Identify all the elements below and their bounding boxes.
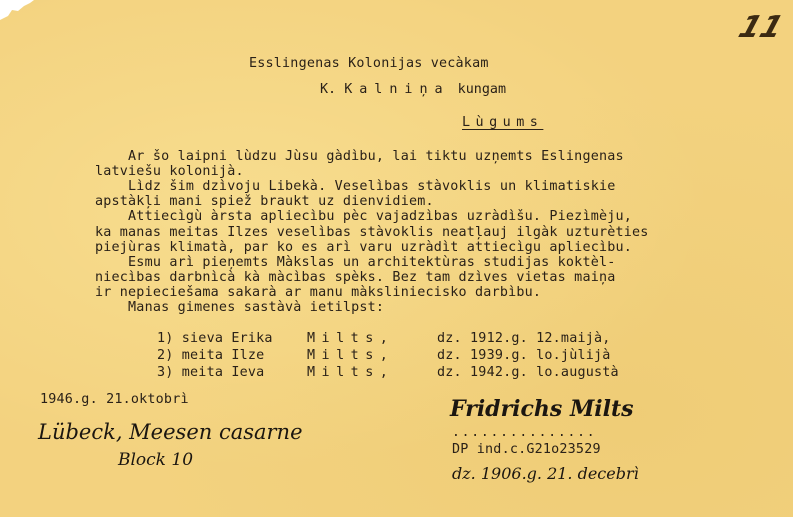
family-member-name: 3) meita Ieva: [157, 366, 264, 379]
body-line: ir nepieciešama sakarà ar manu màkslinie…: [95, 286, 541, 299]
body-line: latviešu kolonijà.: [95, 165, 244, 178]
family-member-surname: Milts,: [307, 366, 394, 379]
dp-id: DP ind.c.G21o23529: [452, 443, 601, 456]
body-line: Lìdz šim dzìvoju Libekà. Veselìbas stàvo…: [95, 180, 616, 193]
handwritten-birth-date: dz. 1906.g. 21. decebrì: [452, 466, 639, 482]
letter-date: 1946.g. 21.oktobrì: [40, 393, 189, 406]
letter-title: Lùgums: [462, 116, 543, 129]
body-line: niecìbas darbnìcà kà màcìbas spèks. Bez …: [95, 271, 616, 284]
family-member-birth: dz. 1942.g. lo.augustà: [437, 366, 619, 379]
recipient-line-1: Esslingenas Kolonijas vecàkam: [249, 57, 489, 70]
recipient-line-2: K. Kalniņa kungam: [320, 83, 506, 96]
body-line: Attiecìgù àrsta apliecìbu pèc vajadzìbas…: [95, 210, 632, 223]
signature: Fridrichs Milts: [450, 398, 634, 420]
handwritten-address-line-2: Block 10: [118, 452, 193, 469]
body-line: Esmu arì pieņemts Màkslas un architektùr…: [95, 256, 616, 269]
family-member-birth: dz. 1939.g. lo.jùlijà: [437, 349, 611, 362]
body-line: ka manas meitas Ilzes veselìbas stàvokli…: [95, 226, 649, 239]
body-line: apstàkļi mani spiež braukt uz dienvidiem…: [95, 195, 434, 208]
handwritten-address-line-1: Lübeck, Meesen casarne: [38, 422, 303, 443]
body-line: piejùras klimatà, par ko es arì varu uzr…: [95, 241, 632, 254]
family-member-surname: Milts,: [307, 332, 394, 345]
family-member-surname: Milts,: [307, 349, 394, 362]
family-member-name: 1) sieva Erika: [157, 332, 273, 345]
body-line: Manas gimenes sastàvà ietilpst:: [95, 301, 384, 314]
family-member-birth: dz. 1912.g. 12.maijà,: [437, 332, 611, 345]
body-line: Ar šo laipni lùdzu Jùsu gàdìbu, lai tikt…: [95, 150, 624, 163]
signature-dots: ...............: [452, 425, 596, 440]
family-member-name: 2) meita Ilze: [157, 349, 264, 362]
